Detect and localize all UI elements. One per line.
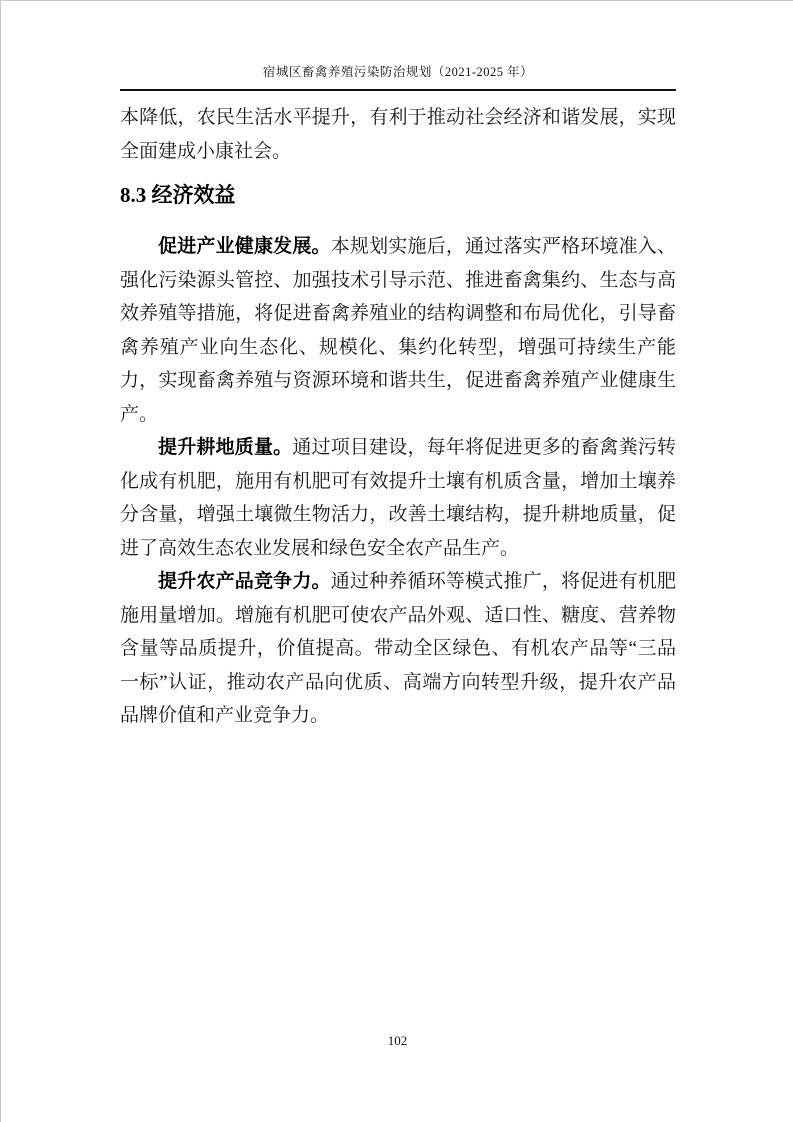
page-body: 本降低，农民生活水平提升，有利于推动社会经济和谐发展，实现全面建成小康社会。 8… (120, 101, 676, 733)
paragraph-industry-health: 促进产业健康发展。本规划实施后，通过落实严格环境准入、强化污染源头管控、加强技术… (120, 230, 676, 431)
paragraph-text: 通过种养循环等模式推广，将促进有机肥施用量增加。增施有机肥可使农产品外观、适口性… (120, 571, 676, 726)
document-title: 宿城区畜禽养殖污染防治规划（2021-2025 年） (263, 65, 533, 79)
paragraph-lead: 提升农产品竞争力。 (158, 571, 331, 592)
paragraph-lead: 提升耕地质量。 (158, 437, 292, 458)
section-heading: 8.3 经济效益 (120, 181, 676, 209)
page-number: 102 (1, 1033, 793, 1049)
document-page: 宿城区畜禽养殖污染防治规划（2021-2025 年） 本降低，农民生活水平提升，… (0, 0, 793, 1122)
paragraph-text: 本规划实施后，通过落实严格环境准入、强化污染源头管控、加强技术引导示范、推进畜禽… (120, 236, 676, 425)
paragraph-farmland-quality: 提升耕地质量。通过项目建设，每年将促进更多的畜禽粪污转化成有机肥，施用有机肥可有… (120, 431, 676, 565)
paragraph-lead: 促进产业健康发展。 (158, 236, 331, 257)
paragraph-continuation: 本降低，农民生活水平提升，有利于推动社会经济和谐发展，实现全面建成小康社会。 (120, 101, 676, 168)
header-rule (120, 89, 676, 91)
running-header: 宿城区畜禽养殖污染防治规划（2021-2025 年） (120, 62, 676, 80)
paragraph-product-competitiveness: 提升农产品竞争力。通过种养循环等模式推广，将促进有机肥施用量增加。增施有机肥可使… (120, 565, 676, 733)
